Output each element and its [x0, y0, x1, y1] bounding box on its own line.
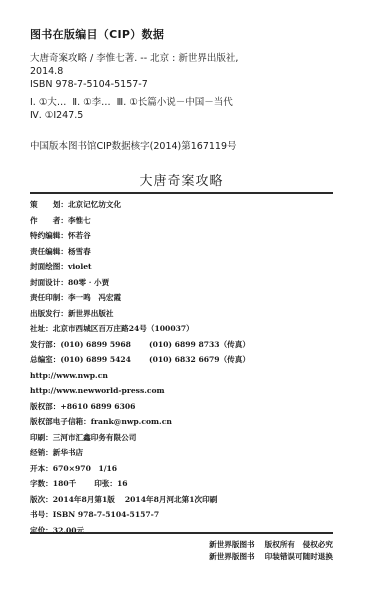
cip-approval-number: 中国版本图书馆CIP数据核字(2014)第167119号 — [30, 138, 237, 152]
credit-rights-phone: 版权部：+8610 6899 6306 — [30, 399, 250, 415]
credit-cover-illustration: 封面绘图：violet — [30, 259, 250, 275]
credit-print-supervisor: 责任印制：李一鸣 冯宏霞 — [30, 290, 250, 306]
credit-cover-design: 封面设计：80零 · 小贾 — [30, 275, 250, 291]
cip-classification: Ⅰ. ①大… Ⅱ. ①李… Ⅲ. ①长篇小说－中国－当代 Ⅳ. ①I247.5 — [30, 96, 233, 122]
credit-editorial-office-phone: 总编室：(010) 6899 5424(010) 6832 6679（传真） — [30, 352, 250, 368]
cip-class-line: Ⅰ. ①大… Ⅱ. ①李… Ⅲ. ①长篇小说－中国－当代 — [30, 96, 233, 109]
website-link: http://www.newworld-press.com — [30, 386, 165, 395]
credit-website-newworld: http://www.newworld-press.com — [30, 383, 250, 399]
credit-distribution-phone: 发行部：(010) 6899 5968(010) 6899 8733（传真） — [30, 337, 250, 353]
credit-word-count: 字数：180千印张：16 — [30, 476, 250, 492]
cip-line-date: 2014.8 — [30, 65, 238, 78]
credit-responsible-editor: 责任编辑：杨雪春 — [30, 244, 250, 260]
website-link: http://www.nwp.cn — [30, 371, 108, 380]
credit-author: 作 者：李惟七 — [30, 213, 250, 229]
cip-line-isbn: ISBN 978-7-5104-5157-7 — [30, 78, 238, 91]
credit-format: 开本：670×970 1/16 — [30, 461, 250, 477]
rights-notice-line: 新世界版图书印装错误可随时退换 — [209, 551, 333, 563]
credit-edition: 版次：2014年8月第1版2014年8月河北第1次印刷 — [30, 492, 250, 508]
credit-publisher: 出版发行：新世界出版社 — [30, 306, 250, 322]
divider-bottom — [30, 532, 333, 534]
cip-line-title-author: 大唐奇案攻略 / 李惟七著. -- 北京 : 新世界出版社, — [30, 52, 238, 65]
cip-class-line: Ⅳ. ①I247.5 — [30, 109, 233, 122]
credit-distributor: 经销：新华书店 — [30, 445, 250, 461]
credit-website-nwp: http://www.nwp.cn — [30, 368, 250, 384]
copyright-page: 图书在版编目（CIP）数据 大唐奇案攻略 / 李惟七著. -- 北京 : 新世界… — [0, 0, 375, 593]
credit-address: 社址：北京市西城区百万庄路24号（100037） — [30, 321, 250, 337]
divider-top — [30, 192, 333, 194]
rights-notice-line: 新世界版图书版权所有 侵权必究 — [209, 539, 333, 551]
credit-printer: 印刷：三河市汇鑫印务有限公司 — [30, 430, 250, 446]
publication-credits: 策 划：北京记忆坊文化 作 者：李惟七 特约编辑：怀若谷 责任编辑：杨雪春 封面… — [30, 197, 250, 538]
book-title: 大唐奇案攻略 — [30, 170, 333, 189]
credit-rights-email: 版权部电子信箱：frank@nwp.com.cn — [30, 414, 250, 430]
cip-heading: 图书在版编目（CIP）数据 — [30, 26, 164, 42]
rights-notice: 新世界版图书版权所有 侵权必究 新世界版图书印装错误可随时退换 — [209, 539, 333, 563]
cip-record: 大唐奇案攻略 / 李惟七著. -- 北京 : 新世界出版社, 2014.8 IS… — [30, 52, 238, 91]
credit-planning: 策 划：北京记忆坊文化 — [30, 197, 250, 213]
credit-isbn: 书号：ISBN 978-7-5104-5157-7 — [30, 507, 250, 523]
credit-price: 定价：32.00元 — [30, 523, 250, 539]
credit-contributing-editor: 特约编辑：怀若谷 — [30, 228, 250, 244]
